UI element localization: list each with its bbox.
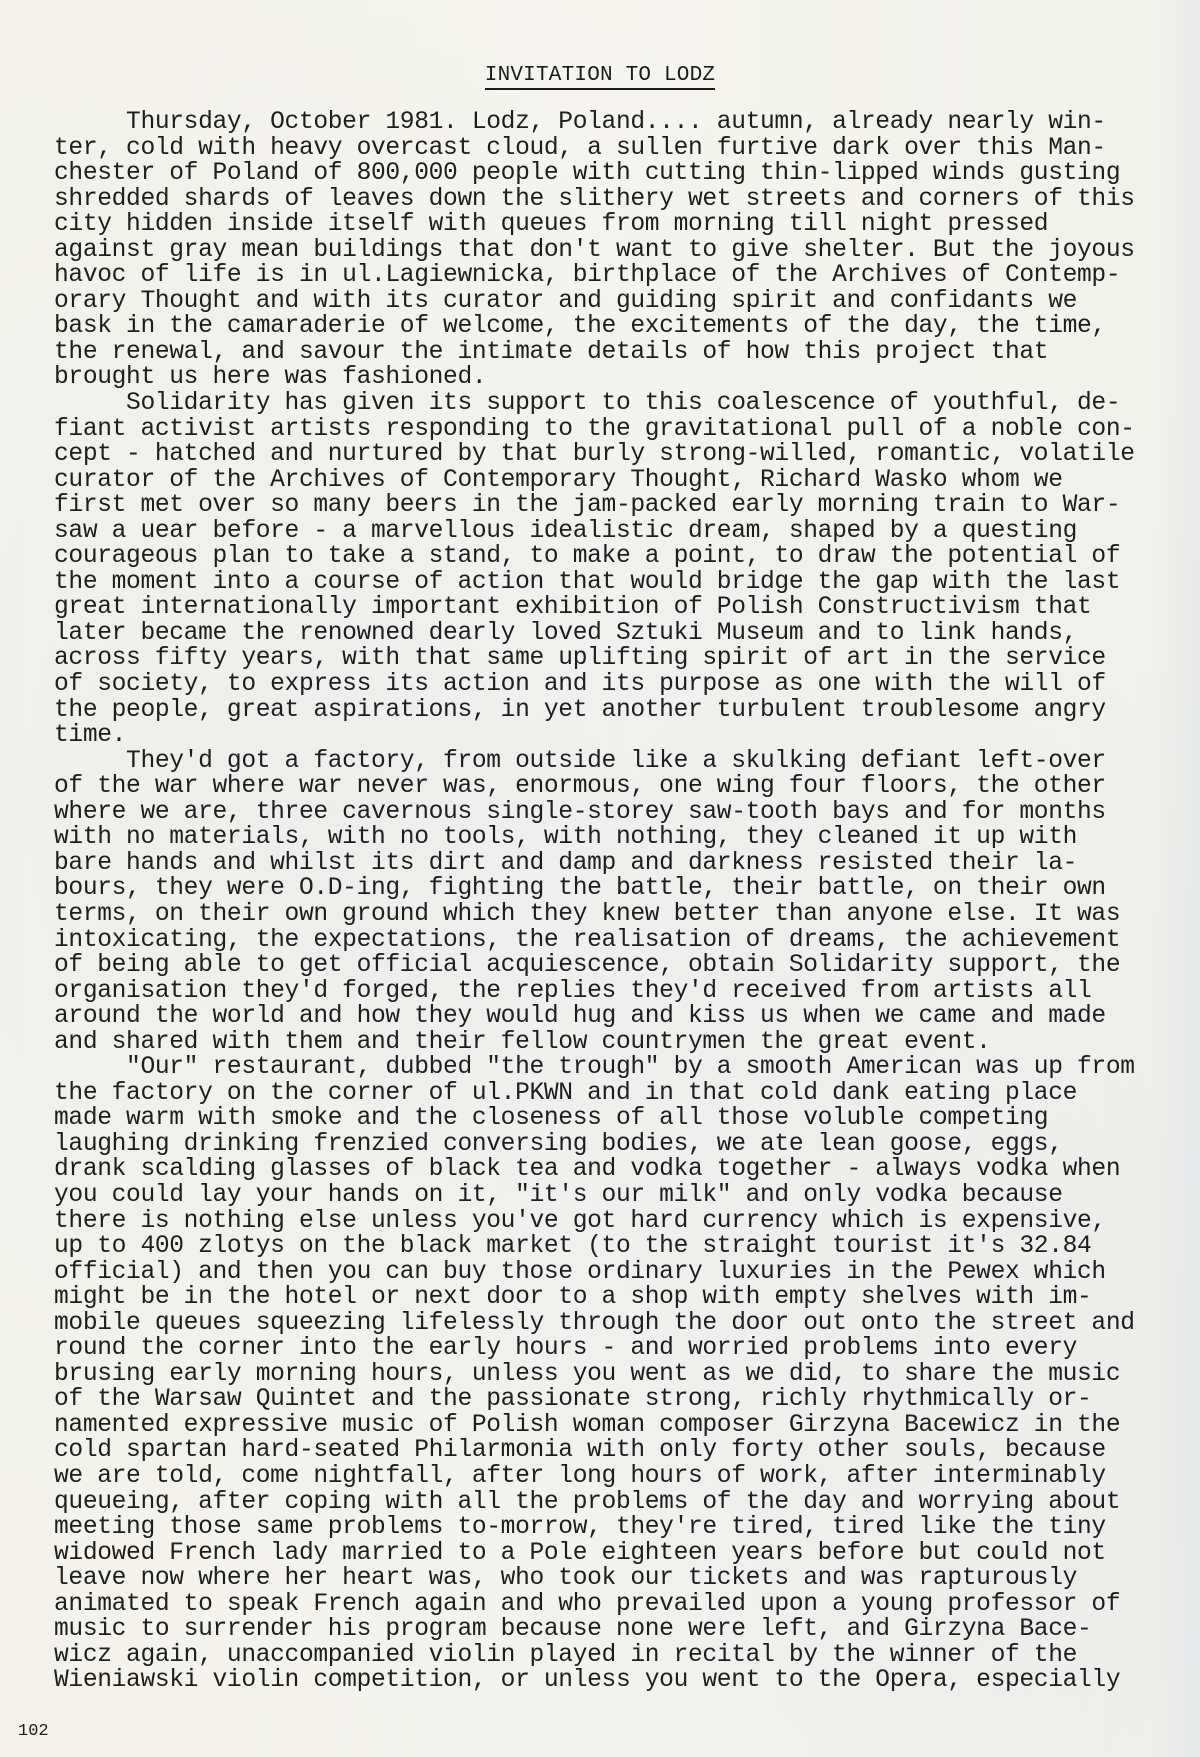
text-line: brusing early morning hours, unless you … <box>54 1362 1200 1388</box>
text-line: shredded shards of leaves down the slith… <box>54 187 1200 213</box>
text-line: across fifty years, with that same uplif… <box>54 646 1200 672</box>
text-line: with no materials, with no tools, with n… <box>54 825 1200 851</box>
text-line: and shared with them and their fellow co… <box>54 1030 1200 1056</box>
text-line: around the world and how they would hug … <box>54 1004 1200 1030</box>
page-title-text: INVITATION TO LODZ <box>485 64 715 90</box>
text-line: time. <box>54 723 1200 749</box>
text-line: intoxicating, the expectations, the real… <box>54 928 1200 954</box>
text-line: of the Warsaw Quintet and the passionate… <box>54 1387 1200 1413</box>
text-line: official) and then you can buy those ord… <box>54 1260 1200 1286</box>
text-line: we are told, come nightfall, after long … <box>54 1464 1200 1490</box>
text-line: city hidden inside itself with queues fr… <box>54 212 1200 238</box>
text-line: later became the renowned dearly loved S… <box>54 621 1200 647</box>
text-line: havoc of life is in ul.Lagiewnicka, birt… <box>54 263 1200 289</box>
text-line: fiant activist artists responding to the… <box>54 417 1200 443</box>
text-line: drank scalding glasses of black tea and … <box>54 1157 1200 1183</box>
text-line: terms, on their own ground which they kn… <box>54 902 1200 928</box>
text-line: mobile queues squeezing lifelessly throu… <box>54 1311 1200 1337</box>
body-text: Thursday, October 1981. Lodz, Poland....… <box>54 110 1200 1694</box>
document-page: INVITATION TO LODZ Thursday, October 198… <box>0 0 1200 1757</box>
text-line: queueing, after coping with all the prob… <box>54 1490 1200 1516</box>
text-line: saw a uear before - a marvellous idealis… <box>54 519 1200 545</box>
text-line: leave now where her heart was, who took … <box>54 1566 1200 1592</box>
text-line: cold spartan hard-seated Philarmonia wit… <box>54 1438 1200 1464</box>
text-line: brought us here was fashioned. <box>54 365 1200 391</box>
text-line: might be in the hotel or next door to a … <box>54 1285 1200 1311</box>
text-line: round the corner into the early hours - … <box>54 1336 1200 1362</box>
text-line: made warm with smoke and the closeness o… <box>54 1106 1200 1132</box>
text-line: you could lay your hands on it, "it's ou… <box>54 1183 1200 1209</box>
text-line: organisation they'd forged, the replies … <box>54 979 1200 1005</box>
text-line: cept - hatched and nurtured by that burl… <box>54 442 1200 468</box>
text-line: the people, great aspirations, in yet an… <box>54 698 1200 724</box>
text-line: wicz again, unaccompanied violin played … <box>54 1643 1200 1669</box>
text-line: up to 400 zlotys on the black market (to… <box>54 1234 1200 1260</box>
text-line: bare hands and whilst its dirt and damp … <box>54 851 1200 877</box>
text-line: the renewal, and savour the intimate det… <box>54 340 1200 366</box>
text-line: laughing drinking frenzied conversing bo… <box>54 1132 1200 1158</box>
text-line: orary Thought and with its curator and g… <box>54 289 1200 315</box>
text-line: namented expressive music of Polish woma… <box>54 1413 1200 1439</box>
text-line: widowed French lady married to a Pole ei… <box>54 1541 1200 1567</box>
text-line: there is nothing else unless you've got … <box>54 1209 1200 1235</box>
text-line: Wieniawski violin competition, or unless… <box>54 1668 1200 1694</box>
text-line: first met over so many beers in the jam-… <box>54 493 1200 519</box>
text-line: courageous plan to take a stand, to make… <box>54 544 1200 570</box>
text-line: music to surrender his program because n… <box>54 1617 1200 1643</box>
text-line: the factory on the corner of ul.PKWN and… <box>54 1081 1200 1107</box>
text-line: of the war where war never was, enormous… <box>54 774 1200 800</box>
text-line: curator of the Archives of Contemporary … <box>54 468 1200 494</box>
text-line: ter, cold with heavy overcast cloud, a s… <box>54 136 1200 162</box>
text-line: Solidarity has given its support to this… <box>54 391 1200 417</box>
text-line: Thursday, October 1981. Lodz, Poland....… <box>54 110 1200 136</box>
text-line: bask in the camaraderie of welcome, the … <box>54 314 1200 340</box>
text-line: chester of Poland of 800,000 people with… <box>54 161 1200 187</box>
text-line: against gray mean buildings that don't w… <box>54 238 1200 264</box>
text-line: of being able to get official acquiescen… <box>54 953 1200 979</box>
text-line: bours, they were O.D-ing, fighting the b… <box>54 876 1200 902</box>
text-line: great internationally important exhibiti… <box>54 595 1200 621</box>
text-line: the moment into a course of action that … <box>54 570 1200 596</box>
text-line: animated to speak French again and who p… <box>54 1592 1200 1618</box>
text-line: meeting those same problems to-morrow, t… <box>54 1515 1200 1541</box>
text-line: They'd got a factory, from outside like … <box>54 749 1200 775</box>
text-line: of society, to express its action and it… <box>54 672 1200 698</box>
page-title: INVITATION TO LODZ <box>0 64 1200 87</box>
text-line: "Our" restaurant, dubbed "the trough" by… <box>54 1055 1200 1081</box>
page-number: 102 <box>18 1722 49 1741</box>
text-line: where we are, three cavernous single-sto… <box>54 800 1200 826</box>
